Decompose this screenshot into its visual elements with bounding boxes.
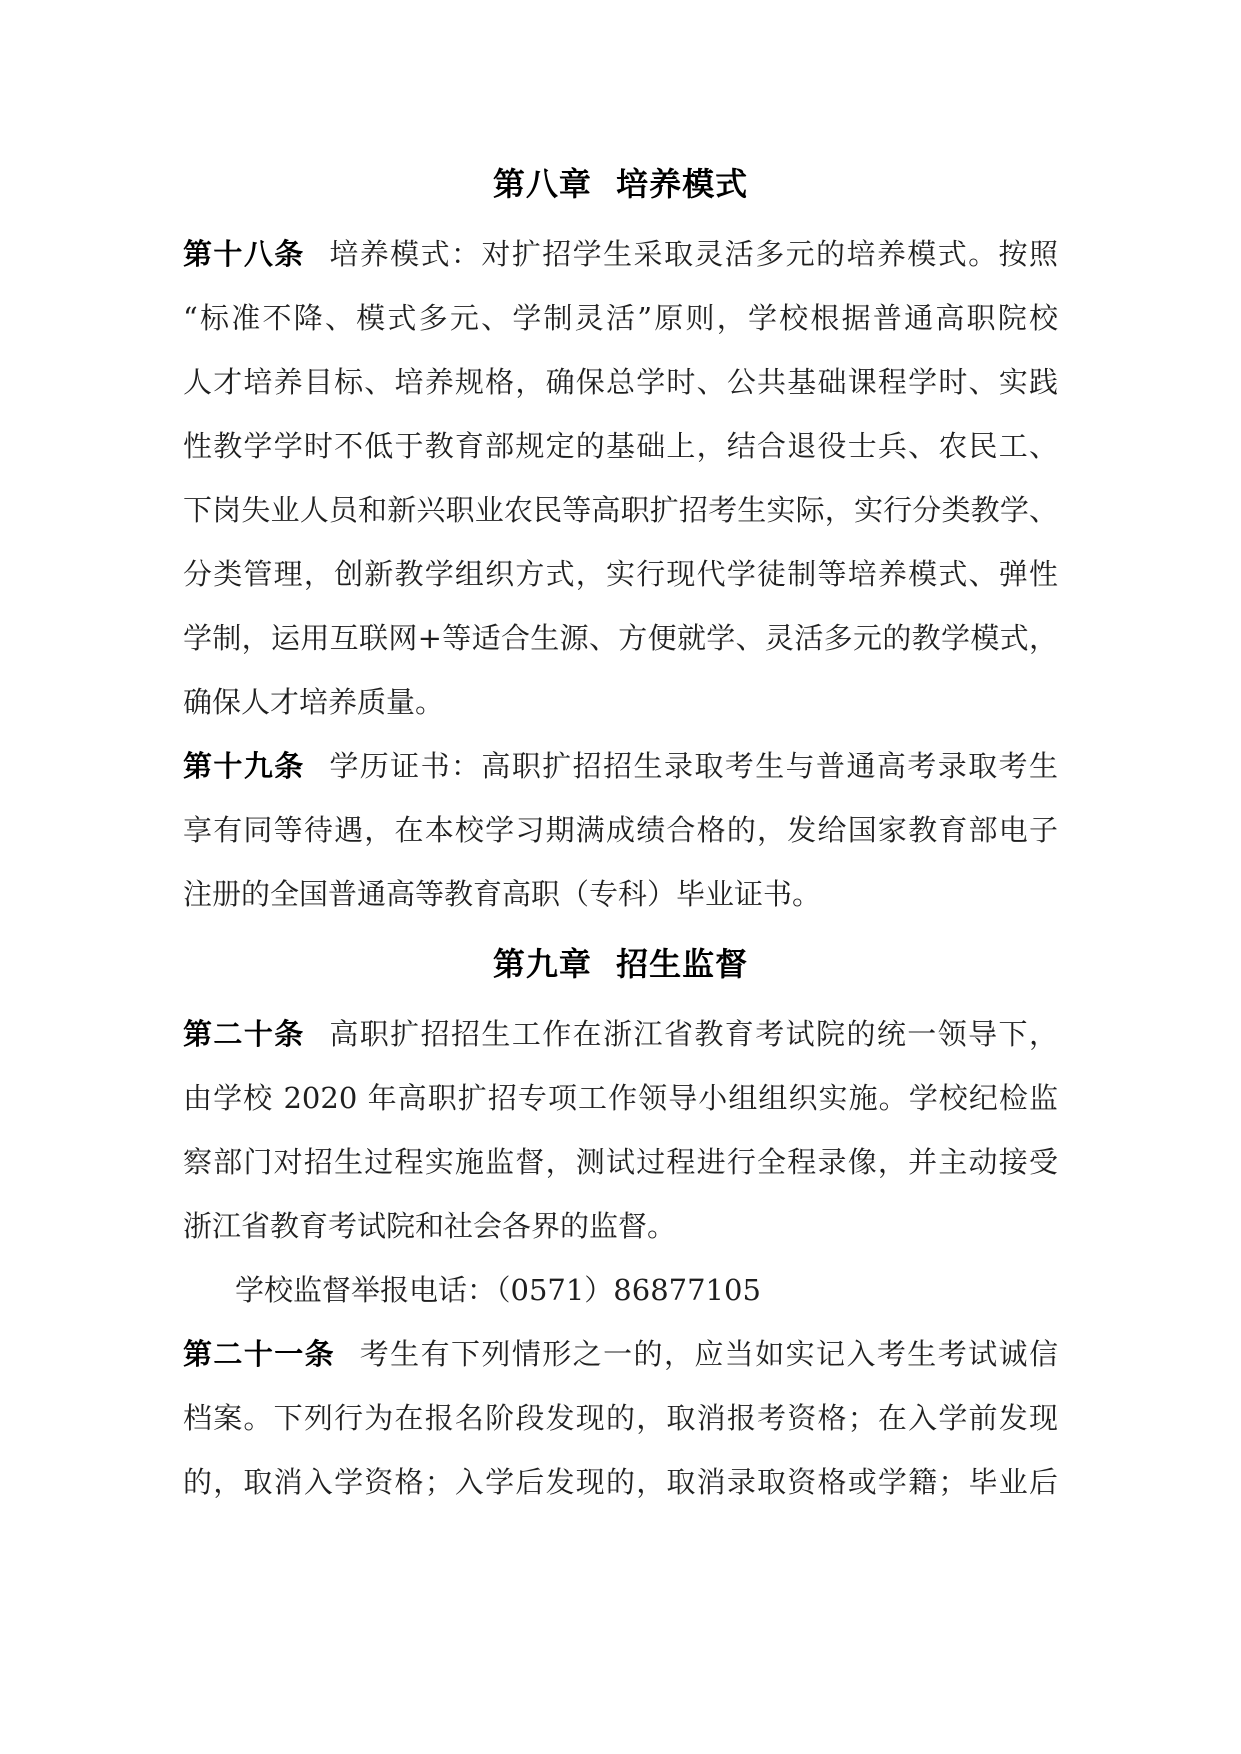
text-line: 下岗失业人员和新兴职业农民等高职扩招考生实际，实行分类教学、 bbox=[183, 478, 1058, 542]
document-page: 第八章 培养模式第十八条培养模式：对扩招学生采取灵活多元的培养模式。按照“标准不… bbox=[0, 0, 1241, 1754]
text-line: 由学校 2020 年高职扩招专项工作领导小组组织实施。学校纪检监 bbox=[183, 1066, 1058, 1130]
article-first-line-text: 培养模式：对扩招学生采取灵活多元的培养模式。按照 bbox=[329, 237, 1058, 271]
text-line: 第二十条高职扩招招生工作在浙江省教育考试院的统一领导下， bbox=[183, 1002, 1058, 1066]
text-line: 学制，运用互联网+等适合生源、方便就学、灵活多元的教学模式， bbox=[183, 606, 1058, 670]
text-line: 第十九条学历证书：高职扩招招生录取考生与普通高考录取考生 bbox=[183, 734, 1058, 798]
text-line: 人才培养目标、培养规格，确保总学时、公共基础课程学时、实践 bbox=[183, 350, 1058, 414]
text-line: 第二十一条考生有下列情形之一的，应当如实记入考生考试诚信 bbox=[183, 1322, 1058, 1386]
supervision-phone-line: 学校监督举报电话：（0571）86877105 bbox=[183, 1258, 1058, 1322]
article-first-line-text: 考生有下列情形之一的，应当如实记入考生考试诚信 bbox=[360, 1337, 1058, 1371]
text-line: 注册的全国普通高等教育高职（专科）毕业证书。 bbox=[183, 862, 1058, 926]
text-line: 确保人才培养质量。 bbox=[183, 670, 1058, 734]
article-number: 第二十条 bbox=[183, 1017, 305, 1051]
text-line: 性教学学时不低于教育部规定的基础上，结合退役士兵、农民工、 bbox=[183, 414, 1058, 478]
text-line: 分类管理，创新教学组织方式，实行现代学徒制等培养模式、弹性 bbox=[183, 542, 1058, 606]
article-number: 第二十一条 bbox=[183, 1337, 335, 1371]
text-line: 察部门对招生过程实施监督，测试过程进行全程录像，并主动接受 bbox=[183, 1130, 1058, 1194]
text-line: 浙江省教育考试院和社会各界的监督。 bbox=[183, 1194, 1058, 1258]
article-20: 第二十条高职扩招招生工作在浙江省教育考试院的统一领导下，由学校 2020 年高职… bbox=[183, 1002, 1058, 1258]
article-21: 第二十一条考生有下列情形之一的，应当如实记入考生考试诚信档案。下列行为在报名阶段… bbox=[183, 1322, 1058, 1514]
article-18: 第十八条培养模式：对扩招学生采取灵活多元的培养模式。按照“标准不降、模式多元、学… bbox=[183, 222, 1058, 734]
document-content: 第八章 培养模式第十八条培养模式：对扩招学生采取灵活多元的培养模式。按照“标准不… bbox=[183, 152, 1058, 1514]
text-line: 第十八条培养模式：对扩招学生采取灵活多元的培养模式。按照 bbox=[183, 222, 1058, 286]
article-number: 第十九条 bbox=[183, 749, 305, 783]
chapter-8-heading: 第八章 培养模式 bbox=[183, 152, 1058, 216]
text-line: 的，取消入学资格；入学后发现的，取消录取资格或学籍；毕业后 bbox=[183, 1450, 1058, 1514]
article-19: 第十九条学历证书：高职扩招招生录取考生与普通高考录取考生享有同等待遇，在本校学习… bbox=[183, 734, 1058, 926]
article-number: 第十八条 bbox=[183, 237, 305, 271]
article-first-line-text: 学历证书：高职扩招招生录取考生与普通高考录取考生 bbox=[329, 749, 1058, 783]
article-first-line-text: 高职扩招招生工作在浙江省教育考试院的统一领导下， bbox=[329, 1017, 1058, 1051]
chapter-9-heading: 第九章 招生监督 bbox=[183, 932, 1058, 996]
text-line: “标准不降、模式多元、学制灵活”原则，学校根据普通高职院校 bbox=[183, 286, 1058, 350]
text-line: 享有同等待遇，在本校学习期满成绩合格的，发给国家教育部电子 bbox=[183, 798, 1058, 862]
text-line: 档案。下列行为在报名阶段发现的，取消报考资格；在入学前发现 bbox=[183, 1386, 1058, 1450]
